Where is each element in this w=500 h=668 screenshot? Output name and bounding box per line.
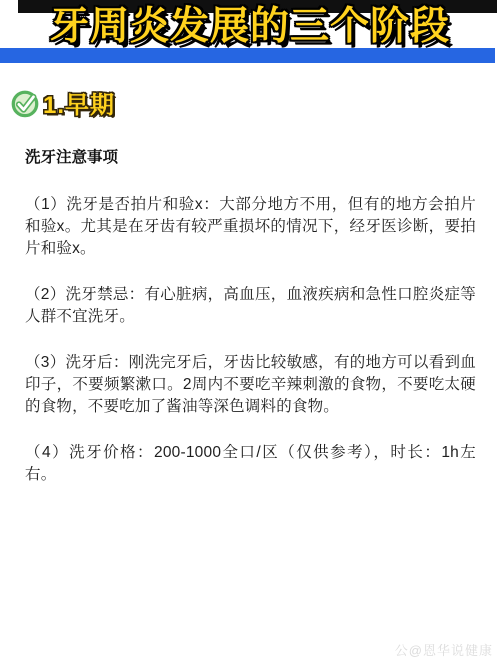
check-circle-icon — [10, 88, 40, 118]
paragraph-1: （1）洗牙是否拍片和验x：大部分地方不用，但有的地方会拍片和验x。尤其是在牙齿有… — [25, 194, 476, 260]
watermark: 公@恩华说健康 — [395, 640, 493, 659]
paragraph-3: （3）洗牙后：刚洗完牙后，牙齿比较敏感，有的地方可以看到血印子，不要频繁漱口。2… — [25, 352, 476, 418]
paragraph-4: （4）洗牙价格：200-1000全口/区（仅供参考），时长：1h左右。 — [25, 442, 476, 486]
infographic-page: 牙周炎发展的三个阶段 1.早期 洗牙注意事项 （1）洗牙是否拍片和验x：大部分地… — [0, 0, 500, 668]
title-banner: 牙周炎发展的三个阶段 — [0, 0, 500, 70]
paragraph-2: （2）洗牙禁忌：有心脏病，高血压，血液疾病和急性口腔炎症等人群不宜洗牙。 — [25, 284, 476, 328]
stage-header: 1.早期 — [10, 85, 115, 120]
stage-label: 1.早期 — [43, 85, 115, 120]
page-title: 牙周炎发展的三个阶段 — [0, 5, 500, 49]
article: 洗牙注意事项 （1）洗牙是否拍片和验x：大部分地方不用，但有的地方会拍片和验x。… — [25, 146, 476, 486]
article-heading: 洗牙注意事项 — [25, 146, 476, 170]
banner-blue-bar — [0, 48, 495, 63]
